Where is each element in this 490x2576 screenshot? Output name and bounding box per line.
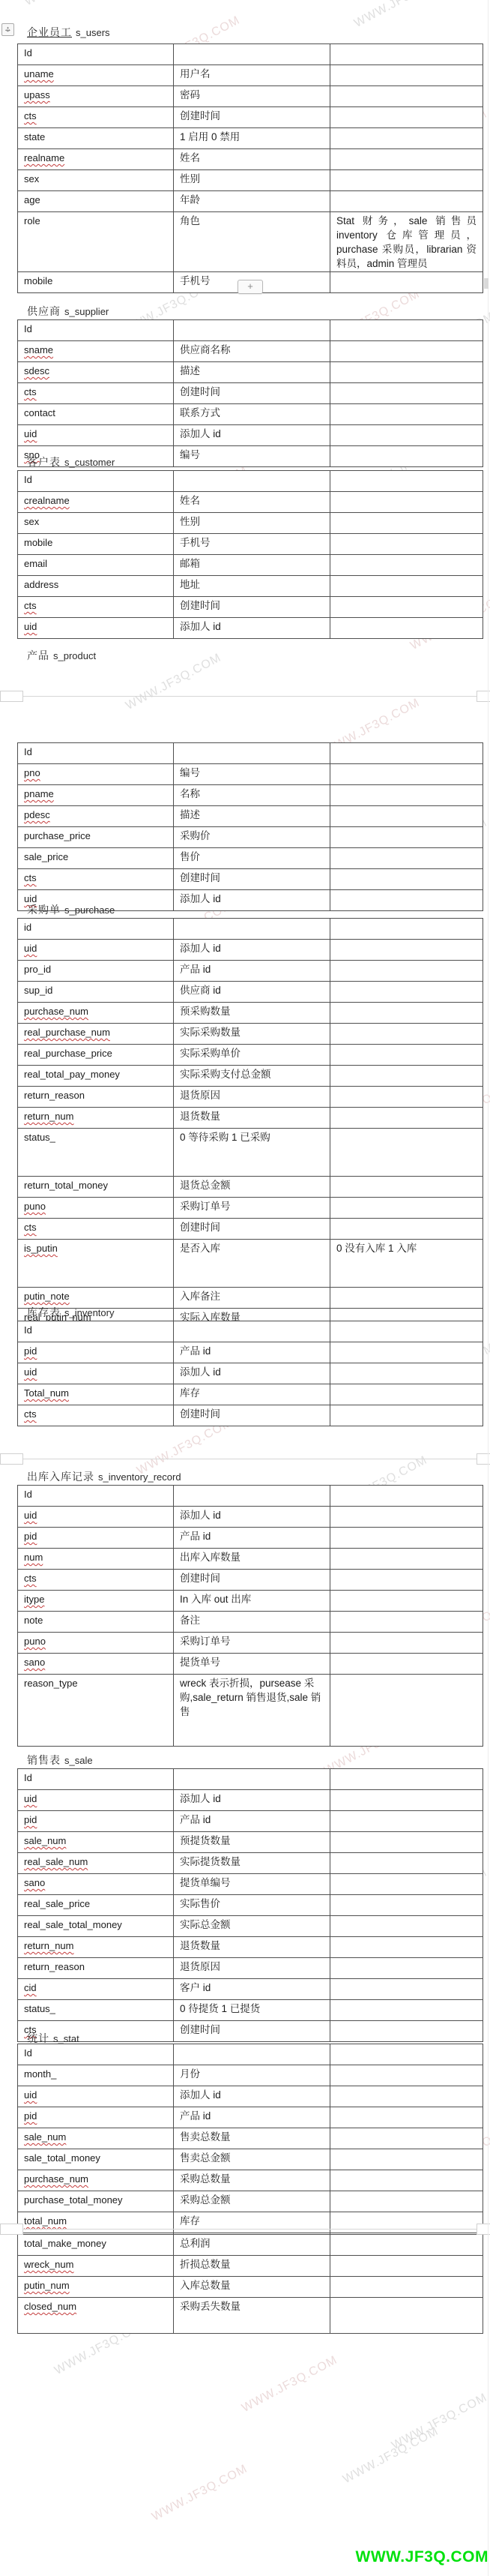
desc-cell: wreck 表示折损，pursease 采购,sale_return 销售退货,…	[174, 1675, 330, 1747]
table-row: Id	[18, 1321, 483, 1342]
table-row: is_putin是否入库0 没有入库 1 入库	[18, 1240, 483, 1288]
desc-cell: 出库入库数量	[174, 1549, 330, 1570]
table-row: cid客户 id	[18, 1979, 483, 2000]
field-cell: Id	[18, 1321, 174, 1342]
field-name: real_sale_price	[24, 1898, 90, 1909]
field-name: real_total_pay_money	[24, 1069, 120, 1080]
field-name: sale_price	[24, 851, 68, 862]
table-row: Id	[18, 1486, 483, 1507]
table-row: realname姓名	[18, 149, 483, 170]
desc-cell: 供应商 id	[174, 982, 330, 1003]
desc-cell: 描述	[174, 362, 330, 383]
field-cell: itype	[18, 1591, 174, 1612]
note-cell	[330, 1790, 483, 1811]
table-row: real_purchase_price实际采购单价	[18, 1045, 483, 1066]
field-name: id	[24, 922, 31, 933]
note-cell	[330, 764, 483, 785]
field-cell: uname	[18, 65, 174, 86]
field-name: pid	[24, 1531, 37, 1542]
note-cell	[330, 1003, 483, 1024]
note-cell	[330, 170, 483, 191]
field-name: cts	[24, 1222, 37, 1233]
field-cell: sale_num	[18, 1832, 174, 1853]
table-row: Total_num库存	[18, 1384, 483, 1405]
note-cell	[330, 2149, 483, 2170]
field-cell: sex	[18, 513, 174, 534]
table-row: uid添加人 id	[18, 940, 483, 961]
field-cell: Id	[18, 471, 174, 492]
note-cell	[330, 492, 483, 513]
field-cell: uid	[18, 1363, 174, 1384]
note-cell	[330, 1853, 483, 1874]
table-s_stat_continued: total_make_money总利润wreck_num折损总数量putin_n…	[17, 2234, 483, 2334]
field-name: itype	[24, 1594, 44, 1605]
table-s_supplier: Idsname供应商名称sdesc描述cts创建时间contact联系方式uid…	[17, 319, 483, 467]
field-name: Id	[24, 746, 32, 757]
field-name: wreck_num	[24, 2259, 73, 2270]
field-cell: pid	[18, 2107, 174, 2128]
desc-cell: 产品 id	[174, 1528, 330, 1549]
note-cell	[330, 2086, 483, 2107]
note-cell	[330, 1177, 483, 1198]
note-cell	[330, 1087, 483, 1108]
desc-cell: 创建时间	[174, 1405, 330, 1426]
desc-cell	[174, 743, 330, 764]
field-cell: uid	[18, 940, 174, 961]
table-row: real_sale_total_money实际总金额	[18, 1916, 483, 1937]
field-cell: cts	[18, 869, 174, 890]
note-cell	[330, 2170, 483, 2191]
desc-cell: 创建时间	[174, 107, 330, 128]
table-row: sname供应商名称	[18, 341, 483, 362]
desc-cell: 名称	[174, 785, 330, 806]
field-cell: sup_id	[18, 982, 174, 1003]
table-s_users: Iduname用户名upass密码cts创建时间state1 启用 0 禁用re…	[17, 43, 483, 293]
field-cell: mobile	[18, 272, 174, 293]
table-row: cts创建时间	[18, 597, 483, 618]
field-name: Id	[24, 1772, 32, 1783]
desc-cell: 添加人 id	[174, 1507, 330, 1528]
desc-cell: 库存	[174, 1384, 330, 1405]
field-cell: sex	[18, 170, 174, 191]
desc-cell: 产品 id	[174, 2107, 330, 2128]
note-cell	[330, 2191, 483, 2212]
field-name: uid	[24, 2089, 37, 2101]
field-name: sale_num	[24, 2131, 66, 2143]
section-title-en: s_inventory	[64, 1307, 114, 1318]
desc-cell: 0 等待采购 1 已采购	[174, 1129, 330, 1177]
desc-cell: In 入库 out 出库	[174, 1591, 330, 1612]
footer-watermark-link[interactable]: WWW.JF3Q.COM	[356, 2548, 489, 2566]
field-name: real_purchase_price	[24, 1048, 112, 1059]
field-name: address	[24, 579, 58, 590]
table-row: upass密码	[18, 86, 483, 107]
note-cell	[330, 1321, 483, 1342]
note-cell	[330, 576, 483, 597]
table-row: purchase_total_money采购总金额	[18, 2191, 483, 2212]
note-cell: Stat 财务，sale 销售员 inventory 仓库管理员，purchas…	[330, 212, 483, 272]
page-margin-mark	[0, 2224, 23, 2235]
field-cell: email	[18, 555, 174, 576]
table-row: puno采购订单号	[18, 1198, 483, 1219]
field-cell: realname	[18, 149, 174, 170]
field-cell: cts	[18, 1570, 174, 1591]
table-row: sale_num预提货数量	[18, 1832, 483, 1853]
field-name: cts	[24, 1573, 37, 1584]
field-name: return_num	[24, 1940, 73, 1951]
desc-cell: 退货总金额	[174, 1177, 330, 1198]
table-row: putin_num入库总数量	[18, 2277, 483, 2298]
field-cell: mobile	[18, 534, 174, 555]
section-title-zh: 供应商	[27, 305, 61, 317]
table-row: email邮箱	[18, 555, 483, 576]
table-row: Id	[18, 2044, 483, 2065]
desc-cell: 联系方式	[174, 404, 330, 425]
field-name: return_reason	[24, 1090, 85, 1101]
desc-cell: 用户名	[174, 65, 330, 86]
desc-cell: 月份	[174, 2065, 330, 2086]
desc-cell: 添加人 id	[174, 618, 330, 639]
desc-cell: 实际采购单价	[174, 1045, 330, 1066]
field-name: sup_id	[24, 985, 52, 996]
table-row: purchase_num预采购数量	[18, 1003, 483, 1024]
note-cell	[330, 1129, 483, 1177]
field-name: sex	[24, 516, 39, 527]
field-cell: purchase_price	[18, 827, 174, 848]
note-cell	[330, 1895, 483, 1916]
field-name: return_reason	[24, 1961, 85, 1972]
desc-cell: 0 待提货 1 已提货	[174, 2000, 330, 2021]
diagonal-watermark-text: WWW.JF3Q.COM	[390, 2391, 490, 2452]
desc-cell	[174, 1321, 330, 1342]
section-title-en: s_users	[76, 27, 110, 38]
table-s_inventory_record: Iduid添加人 idpid产品 idnum出库入库数量cts创建时间itype…	[17, 1485, 483, 1747]
field-name: pid	[24, 1345, 37, 1357]
desc-cell: 地址	[174, 576, 330, 597]
note-cell	[330, 2277, 483, 2298]
field-cell: puno	[18, 1633, 174, 1654]
desc-cell: 预提货数量	[174, 1832, 330, 1853]
note-cell	[330, 1570, 483, 1591]
field-cell: sale_price	[18, 848, 174, 869]
insert-row-button[interactable]: +	[238, 280, 263, 294]
desc-cell: 添加人 id	[174, 2086, 330, 2107]
field-name: uname	[24, 68, 54, 79]
field-cell: cts	[18, 383, 174, 404]
page-break-line	[0, 696, 490, 697]
table-row: cts创建时间	[18, 1570, 483, 1591]
desc-cell: 添加人 id	[174, 1363, 330, 1384]
note-cell	[330, 446, 483, 467]
table-row: pid产品 id	[18, 1528, 483, 1549]
desc-cell: 折损总数量	[174, 2256, 330, 2277]
field-cell: crealname	[18, 492, 174, 513]
table-row: total_num库存	[18, 2212, 483, 2233]
note-cell	[330, 1832, 483, 1853]
desc-cell: 1 启用 0 禁用	[174, 128, 330, 149]
section-title-zh: 销售表	[27, 1754, 61, 1766]
table-row: sex性别	[18, 513, 483, 534]
table-row: reason_typewreck 表示折损，pursease 采购,sale_r…	[18, 1675, 483, 1747]
section-title-zh: 库存表	[27, 1306, 61, 1318]
table-s_product: Idpno编号pname名称pdesc描述purchase_price采购价sa…	[17, 742, 483, 911]
note-cell	[330, 2212, 483, 2233]
field-name: sname	[24, 344, 53, 355]
field-cell: Id	[18, 2044, 174, 2065]
note-cell	[330, 806, 483, 827]
table-s_sale: Iduid添加人 idpid产品 idsale_num预提货数量real_sal…	[17, 1768, 483, 2042]
note-cell	[330, 618, 483, 639]
note-cell	[330, 1528, 483, 1549]
field-cell: Total_num	[18, 1384, 174, 1405]
field-name: state	[24, 131, 45, 142]
field-cell: sano	[18, 1874, 174, 1895]
table-s_customer: Idcrealname姓名sex性别mobile手机号email邮箱addres…	[17, 470, 483, 639]
field-name: pid	[24, 1814, 37, 1825]
document-page: WWW.JF3Q.COMWWW.JF3Q.COMWWW.JF3Q.COMWWW.…	[0, 0, 490, 2576]
field-cell: id	[18, 919, 174, 940]
desc-cell	[174, 1486, 330, 1507]
section-title-en: s_customer	[64, 457, 115, 468]
field-cell: address	[18, 576, 174, 597]
field-cell: real_sale_price	[18, 1895, 174, 1916]
table-row: pid产品 id	[18, 1342, 483, 1363]
field-name: pid	[24, 2110, 37, 2122]
diagonal-watermark-text: WWW.JF3Q.COM	[22, 0, 123, 9]
desc-cell: 创建时间	[174, 869, 330, 890]
field-cell: purchase_total_money	[18, 2191, 174, 2212]
desc-cell: 创建时间	[174, 2021, 330, 2042]
note-cell	[330, 107, 483, 128]
field-cell: cts	[18, 597, 174, 618]
section-title-en: s_stat	[53, 2033, 79, 2044]
field-cell: sano	[18, 1654, 174, 1675]
field-cell: Id	[18, 44, 174, 65]
note-cell	[330, 890, 483, 911]
note-cell	[330, 2235, 483, 2256]
field-cell: state	[18, 128, 174, 149]
desc-cell: 编号	[174, 446, 330, 467]
desc-cell: 退货原因	[174, 1087, 330, 1108]
field-cell: pro_id	[18, 961, 174, 982]
field-name: note	[24, 1615, 43, 1626]
desc-cell: 姓名	[174, 492, 330, 513]
note-cell	[330, 404, 483, 425]
field-name: cts	[24, 110, 37, 121]
table-row: pname名称	[18, 785, 483, 806]
field-name: return_total_money	[24, 1180, 108, 1191]
field-cell: real_purchase_num	[18, 1024, 174, 1045]
desc-cell: 实际总金额	[174, 1916, 330, 1937]
note-cell	[330, 1811, 483, 1832]
note-cell	[330, 961, 483, 982]
field-name: puno	[24, 1201, 46, 1212]
field-cell: sale_num	[18, 2128, 174, 2149]
field-cell: purchase_num	[18, 2170, 174, 2191]
table-row: note备注	[18, 1612, 483, 1633]
section-title-zh: 采购单	[27, 904, 61, 916]
desc-cell: 性别	[174, 170, 330, 191]
desc-cell: 采购总金额	[174, 2191, 330, 2212]
table-s_inventory: Idpid产品 iduid添加人 idTotal_num库存cts创建时间	[17, 1321, 483, 1426]
note-cell	[330, 1874, 483, 1895]
desc-cell: 提货单号	[174, 1654, 330, 1675]
field-cell: pname	[18, 785, 174, 806]
diagonal-watermark-text: WWW.JF3Q.COM	[240, 2353, 340, 2415]
table-row: return_reason退货原因	[18, 1958, 483, 1979]
desc-cell: 退货原因	[174, 1958, 330, 1979]
note-cell	[330, 1675, 483, 1747]
field-cell: status_	[18, 2000, 174, 2021]
note-cell	[330, 44, 483, 65]
section-title-zh: 产品	[27, 649, 49, 661]
diagonal-watermark-text: WWW.JF3Q.COM	[124, 651, 224, 712]
note-cell	[330, 1363, 483, 1384]
field-cell: Id	[18, 320, 174, 341]
field-name: sex	[24, 173, 39, 184]
note-cell	[330, 919, 483, 940]
table-row: uid添加人 id	[18, 618, 483, 639]
section-title-s_customer: 客户表s_customer	[27, 454, 115, 469]
desc-cell: 退货数量	[174, 1108, 330, 1129]
desc-cell: 采购订单号	[174, 1633, 330, 1654]
table-row: pid产品 id	[18, 1811, 483, 1832]
table-row: real_sale_price实际售价	[18, 1895, 483, 1916]
desc-cell: 库存	[174, 2212, 330, 2233]
note-cell	[330, 1045, 483, 1066]
page-margin-mark	[0, 1453, 23, 1465]
section-title-zh: 统计	[27, 2032, 49, 2044]
table-row: real_total_pay_money实际采购支付总金额	[18, 1066, 483, 1087]
field-name: sale_total_money	[24, 2152, 100, 2164]
field-cell: wreck_num	[18, 2256, 174, 2277]
desc-cell: 采购价	[174, 827, 330, 848]
desc-cell: 姓名	[174, 149, 330, 170]
field-name: Id	[24, 1324, 32, 1336]
field-cell: month_	[18, 2065, 174, 2086]
desc-cell: 创建时间	[174, 597, 330, 618]
table-row: status_0 等待采购 1 已采购	[18, 1129, 483, 1177]
desc-cell	[174, 2044, 330, 2065]
move-cross-icon-vertical: ↕	[2, 24, 13, 35]
table-row: wreck_num折损总数量	[18, 2256, 483, 2277]
desc-cell	[174, 320, 330, 341]
table-row: sale_num售卖总数量	[18, 2128, 483, 2149]
field-cell: uid	[18, 425, 174, 446]
field-name: Total_num	[24, 1387, 69, 1399]
table-row: pno编号	[18, 764, 483, 785]
field-cell: pid	[18, 1528, 174, 1549]
desc-cell: 入库备注	[174, 1288, 330, 1309]
note-cell	[330, 1654, 483, 1675]
note-cell	[330, 1937, 483, 1958]
field-name: reason_type	[24, 1678, 78, 1689]
section-title-zh: 企业员工	[27, 26, 72, 38]
field-cell: return_num	[18, 1937, 174, 1958]
field-name: sano	[24, 1657, 45, 1668]
field-name: email	[24, 558, 47, 569]
field-name: real_sale_total_money	[24, 1919, 122, 1930]
table-row: real_purchase_num实际采购数量	[18, 1024, 483, 1045]
page-break-line	[0, 1459, 490, 1459]
table-row: purchase_price采购价	[18, 827, 483, 848]
table-row: sdesc描述	[18, 362, 483, 383]
note-cell	[330, 2107, 483, 2128]
table-row: sale_total_money售卖总金额	[18, 2149, 483, 2170]
desc-cell: 性别	[174, 513, 330, 534]
note-cell	[330, 1633, 483, 1654]
field-cell: total_num	[18, 2212, 174, 2233]
table-row: contact联系方式	[18, 404, 483, 425]
field-cell: putin_num	[18, 2277, 174, 2298]
table-row: sano提货单编号	[18, 1874, 483, 1895]
note-cell	[330, 1342, 483, 1363]
desc-cell: 提货单编号	[174, 1874, 330, 1895]
desc-cell: 售卖总数量	[174, 2128, 330, 2149]
desc-cell	[174, 1769, 330, 1790]
page-margin-mark	[0, 691, 23, 702]
note-cell	[330, 1066, 483, 1087]
field-name: pname	[24, 788, 54, 799]
note-cell: 0 没有入库 1 入库	[330, 1240, 483, 1288]
field-cell: role	[18, 212, 174, 272]
field-name: cid	[24, 1982, 37, 1993]
note-cell	[330, 341, 483, 362]
field-name: purchase_num	[24, 2173, 88, 2185]
scrollbar-fragment[interactable]	[484, 278, 489, 289]
field-cell: real_total_pay_money	[18, 1066, 174, 1087]
section-title-en: s_supplier	[64, 306, 109, 317]
note-cell	[330, 1769, 483, 1790]
field-name: cts	[24, 872, 37, 883]
table-row: sex性别	[18, 170, 483, 191]
field-name: is_putin	[24, 1243, 58, 1254]
field-cell: age	[18, 191, 174, 212]
table-row: Id	[18, 44, 483, 65]
note-cell	[330, 848, 483, 869]
desc-cell: 实际提货数量	[174, 1853, 330, 1874]
table-move-handle-icon[interactable]: ↔ ↕	[1, 23, 14, 36]
desc-cell: 编号	[174, 764, 330, 785]
desc-cell: 添加人 id	[174, 940, 330, 961]
field-name: sdesc	[24, 365, 49, 376]
note-cell	[330, 471, 483, 492]
field-name: status_	[24, 1132, 55, 1143]
section-title-en: s_purchase	[64, 904, 115, 916]
field-cell: real_sale_total_money	[18, 1916, 174, 1937]
note-cell	[330, 827, 483, 848]
note-cell	[330, 1549, 483, 1570]
table-row: uid添加人 id	[18, 1790, 483, 1811]
field-cell: reason_type	[18, 1675, 174, 1747]
table-row: cts创建时间	[18, 107, 483, 128]
desc-cell: 客户 id	[174, 1979, 330, 2000]
note-cell	[330, 1108, 483, 1129]
desc-cell: 采购总数量	[174, 2170, 330, 2191]
table-row: total_make_money总利润	[18, 2235, 483, 2256]
note-cell	[330, 785, 483, 806]
table-row: purchase_num采购总数量	[18, 2170, 483, 2191]
section-title-s_users: 企业员工s_users	[27, 25, 110, 40]
field-name: purchase_price	[24, 830, 91, 841]
table-row: address地址	[18, 576, 483, 597]
field-name: sale_num	[24, 1835, 66, 1846]
diagonal-watermark-text: WWW.JF3Q.COM	[150, 2462, 250, 2524]
desc-cell: 添加人 id	[174, 425, 330, 446]
note-cell	[330, 743, 483, 764]
section-title-en: s_product	[53, 650, 96, 661]
note-cell	[330, 2065, 483, 2086]
